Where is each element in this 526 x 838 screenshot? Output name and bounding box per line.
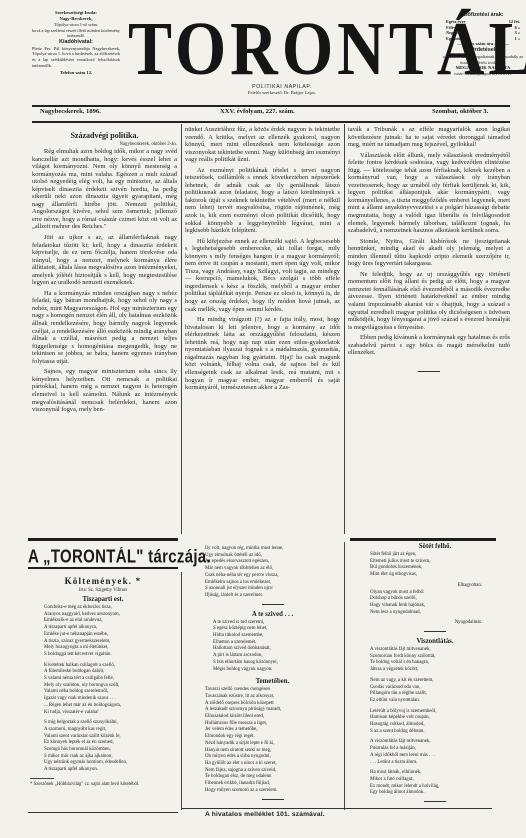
newspaper-title: TORONTÁL [128, 14, 436, 85]
poem-line: Hányat nem siratott senki se meg, [205, 748, 340, 755]
poem-signature: Nyugodalmát. [370, 620, 500, 627]
feuilleton-title: A „TORONTÁL" tárczája. [28, 547, 211, 567]
poem-line: Ez mondt, mikor lelendt a holvilág, [370, 784, 500, 791]
poem-line: Pillangóm tán a régibe szállt, [370, 691, 500, 698]
article-paragraph: Ne feledjük, hogy az uj országgyűlés egy… [348, 271, 510, 331]
poem-line: Nézd hányadik a sirját lepte e fű ki, [205, 741, 340, 748]
poem-line: Búl gondolok hiszemének, [370, 565, 500, 572]
article-dateline: Nagybecskerek, október 2-án. [32, 141, 177, 148]
poem-stanza: A te szived is tud szeretni, S egész köz… [205, 620, 340, 674]
poem-line: Szomgó hős boromnál közömben, [44, 747, 176, 754]
poem-line: Már nem vagyok többlellen az élő, [205, 566, 340, 573]
poem-line: Pusztulás fel a másiján, [370, 746, 500, 753]
title-block: TORONTÁL POLITIKAI NAPILAP. Felelős szer… [128, 10, 436, 96]
footnote-rule [30, 778, 54, 779]
poem-signature: Elhagyottan. [370, 583, 500, 590]
poem-line: Mint élet úg elbogvisas, [370, 572, 500, 579]
poem-line: A szomorú, magnyábt kas regit, [44, 727, 176, 734]
poem-title: Sötét felhő. [370, 542, 500, 552]
place-year: Nagybecskerek, 1896. [40, 108, 101, 115]
poem-line: Hasogtág csitkod, álmodod, [370, 722, 500, 729]
poem-separator [424, 631, 446, 632]
poem-line: S egész köztépig nem lehet, [213, 626, 340, 633]
poem-line: Te boldog voltál s én hanagra, [370, 660, 500, 667]
poem-stanza: Ha most látnák, elhiinnék, Mikor a futó … [370, 770, 500, 797]
poem-line: Gondolsz-e még az ékhozlos tisza, [44, 605, 176, 612]
poem-line: A pírt is láttam arczodon, [213, 653, 340, 660]
column-divider [181, 572, 182, 810]
article-paragraph: Ha mindig virágzott (?) az e fajta irály… [185, 316, 340, 391]
poem-stanza: S míg belgoztak a szellő szunyókálni, A … [44, 720, 176, 774]
poem-line: S boldoggá tett két estvet vigaitán. [44, 652, 176, 659]
poem-line: Ugy elmulnak öttétéli az idő, [205, 553, 340, 560]
feuilleton-column-3: Sötét felhő. Sötét felhő járt az égen, E… [370, 542, 500, 807]
poems-author: Irta: Sz. Szigethy Vilmos [30, 587, 176, 595]
poem-stanza: Olyan vagyok most a felhő: Dolshop a bűn… [370, 590, 500, 617]
poem-line: Játsza a végzetek között, [370, 667, 500, 674]
poem-line: Nem fájna, sajogna a szíven sziveid, [205, 768, 340, 775]
poem-stanza: Gondolsz-e még az ékhozlos tisza, Aranyo… [44, 605, 176, 659]
poem-line: Jer velem édes a temetőbe, [205, 727, 340, 734]
poem-line: A zöldelő csepres bölcsőn közepett [205, 701, 340, 708]
poem-line: A régi időkből nem leeni más . . . [370, 753, 500, 760]
article-title: Századvégi politika. [32, 130, 177, 141]
poem-stanza: Sötét felhő járt az égen, Eltemeti juliu… [370, 552, 500, 579]
poem-line: Mikor a futó csillagot, [370, 777, 500, 784]
poem-stanza: Ily volt, nagyon rég, mintha most lenne,… [205, 546, 340, 600]
poem-line: Tavaszának ezüstre, itt az alkonyat, [205, 694, 340, 701]
poem-body: Gondolsz-e még az ékhozlos tisza, Aranyo… [30, 605, 176, 774]
poem-line: Tavaszi szellő csendes csengésen [205, 687, 340, 694]
poem-line: Hidta titkolod szemembe, [213, 633, 340, 640]
poem-line: A leszakadt sziromyu píróságy maradt, [205, 707, 340, 714]
poem-line: S bús elhortátn hasog közönnyel, [213, 660, 340, 667]
poem-line: Letérült a bölyvuj is szemembeöl, [370, 709, 500, 716]
poem-line: Hallottam szived dobbanását, [213, 646, 340, 653]
poem-title: A te szived . . . [205, 610, 340, 620]
dateline-rule [32, 121, 510, 123]
poem-line: Oh milyen édes a sírba nyugodni, [205, 754, 340, 761]
article-paragraph: Stomle, Nyitra, Girált kisbírósok ne ije… [348, 238, 510, 268]
column-divider [344, 124, 345, 534]
poem-line: A tiszta, száraz gyermekszerelem, [44, 639, 176, 646]
poem-line: Mely hozogyogta a mi életünket, [44, 645, 176, 652]
poem-line: S az a szent boldog délutan. [370, 729, 500, 736]
poem-line: A tiszaparti apfel alkonyra, [44, 625, 176, 632]
feuilleton-title-rule [28, 567, 178, 569]
publisher-heading: Kiadóhivatal: [32, 39, 120, 46]
article-paragraph: Hű kifejezése ennek az ellenzéki sajtó. … [185, 238, 340, 313]
feuilleton-column-2: Ily volt, nagyon rég, mintha most lenne,… [205, 546, 340, 805]
poem-line: Ha most látnák, elhiinnék, [370, 770, 500, 777]
poem-line: Egy boldog álmot álmodok. [370, 790, 500, 797]
poem-line: Dolshop a bűnös szellő, [370, 596, 500, 603]
poem-line: Mégis boldog vagyok nagyon. [213, 667, 340, 674]
poem-line: Elmondok egy régi regét. [205, 734, 340, 741]
poem-line: Hagy vihanak fenk hajónak, [370, 603, 500, 610]
poem-title: Tiszaparti est. [30, 595, 176, 605]
issue-date: Szombat, október 3. [432, 108, 488, 115]
article-paragraph: Sajnos, egy magyar miniszterium soha sin… [32, 368, 177, 413]
supplement-note: A hivatalos melléklet 101. számával. [205, 811, 325, 818]
poem-line: Fibennek érikbe, ilanadra följiad, [205, 781, 340, 788]
telephone-number: Telefon szám 12. [32, 70, 120, 76]
dateline: Nagybecskerek, 1896. XXV. évfolyam, 227.… [32, 108, 510, 118]
article-column-2: nünket Ausztriához fűz, a közös érdek na… [185, 126, 340, 392]
poem-line: A te szived is tud szeretni, [213, 620, 340, 627]
footnote: * Szerzőnek „Hóbbázvilág" cz. sajtó alat… [30, 782, 176, 788]
poem-stanza: Nem az vagy, a kit én szerettem, Csodás … [370, 678, 500, 705]
poem-line: Hamisan képekbe volt csupán, [370, 715, 500, 722]
poem-line: S míg belgoztak a szellő szunyókálni, [44, 720, 176, 727]
article-paragraph: Ebben pedig kívánunk a kormánynak egy ha… [348, 334, 510, 357]
poem-line: A viszontlátás fájt mitvenanek, [370, 647, 500, 654]
poem-separator [262, 604, 284, 605]
poem-line: Szomorúan fordt könny szólottát, [370, 654, 500, 661]
article-paragraph: Az eszményi politikának tételei s tervei… [185, 167, 340, 235]
poem-line: Ifjúság, lánlelt és a szerelmet. [205, 593, 340, 600]
poem-line: ... Régen lehet már az én boldogságom, [44, 703, 176, 710]
poem-line: . . . Letűnt a tiszta álom. [370, 760, 500, 767]
poem-line: Ugy néztünk egymás homlom, édesdellen, [44, 760, 176, 767]
poem-line: Ez eltűnt vala nyomtalan. [370, 698, 500, 705]
poem-line: Valami néha boldog szerelemről, [44, 689, 176, 696]
article-paragraph: Jött az ujkor s az, az államférfiaknak n… [32, 234, 177, 287]
poems-main-title: Költemények. * [30, 575, 176, 587]
article-paragraph: Választások előtt állunk, mely választás… [348, 152, 510, 235]
article-paragraph: Ha a kormányzás minden országban nagy s … [32, 290, 177, 365]
column-divider [344, 542, 345, 810]
poem-line: Ha gyűlölt az élet s nincs a ki szeret, [205, 761, 340, 768]
newspaper-page: Szerkesztőségi Iroda: Nagy-Becskerek, Tő… [0, 0, 526, 838]
price-value: 1 » [515, 36, 520, 42]
editorial-office-box: Szerkesztőségi Iroda: Nagy-Becskerek, Tő… [32, 10, 120, 76]
poem-line: Olyan vagyok most a felhő: [370, 590, 500, 597]
poem-line: S mikor már csak az ajka ajkamon, [44, 754, 176, 761]
poem-stanza: A viszontlátás fájt mitvenanek, Pusztulá… [370, 739, 500, 766]
publisher-info: Pleitz Fer. Pál könyvnyomdája Nagybecske… [32, 46, 120, 68]
article-paragraph: nünket Ausztriához fűz, a közös érdek na… [185, 126, 340, 164]
poem-line: Igazát vagy csak mindenik szava . . . [44, 696, 176, 703]
poem-line: Eltemeti julius most te szívem, [370, 559, 500, 566]
subscription-box: Előfizetési árak: Egész évre12 frt. Félé… [440, 12, 526, 77]
poem-stanza: Letérült a bölyvuj is szemembeöl, Hamisa… [370, 709, 500, 736]
poem-separator [424, 801, 446, 802]
poem-separator [262, 799, 284, 800]
poem-line: A fülemileske boldogan dalolt, [44, 669, 176, 676]
poem-line: S valami néma tért a csillgába fellé, [44, 676, 176, 683]
poem-line: Sötét felhő járt az égen, [370, 552, 500, 559]
article-column-1: Századvégi politika. Nagybecskerek, októ… [32, 130, 177, 414]
poem-line: Aranyos naggyaid, kedves asszonyom, [44, 612, 176, 619]
masthead: Szerkesztőségi Iroda: Nagy-Becskerek, Tő… [0, 0, 526, 103]
poem-line: Elhetton a szerelemét. [213, 640, 340, 647]
feuilleton-bottom-rule [182, 808, 492, 809]
subscription-heading: Előfizetési árak: [440, 12, 526, 19]
poem-line: S azonnali jut elyszer minden ujra: [205, 586, 340, 593]
ads-heading: Hirdetések [440, 47, 526, 54]
feuilleton-column-1: Költemények. * Irta: Sz. Szigethy Vilmos… [30, 575, 176, 788]
poem-title: Temetőben. [205, 677, 340, 687]
column-divider [181, 124, 182, 534]
feuilleton-rule [28, 538, 178, 541]
poem-line: Elhozatalod között illeni ered, [205, 714, 340, 721]
poem-line: Emlékszik-e az elal randevuz, [44, 618, 176, 625]
poem-line: Emléke jut-e néhanapján eszébe, [44, 632, 176, 639]
article-end-rule [418, 371, 440, 372]
publication-note: vasár- és ünnepnapok kivételével. [440, 71, 526, 77]
poem-line: Hogy milyen szomorú az a szerelem. [205, 788, 340, 795]
poem-line: Az epedés elsorvasztott egészen, [205, 559, 340, 566]
poem-line: A viszontlátás fájt mitvenanek, [370, 739, 500, 746]
article-column-3: tavák a Tribunák s az efféle magyarfalók… [348, 126, 510, 377]
feuilleton-rule [350, 538, 496, 541]
poem-stanza: Tavaszi szellő csendes csengésen Tavaszá… [205, 687, 340, 794]
poem-stanza: Kivételtek halkan csillagrét a szellő, A… [44, 663, 176, 717]
column-bottom-rule [28, 812, 178, 813]
poem-line: Nem lesz a nyugodalmad, [370, 610, 500, 617]
poem-line: Emlékeim sajnos a los emlékezet, [205, 580, 340, 587]
poem-line: Ily volt, nagyon rég, mintha most lenne, [205, 546, 340, 553]
volume-issue: XXV. évfolyam, 227. szám. [220, 108, 295, 115]
poem-line: Kivételtek halkan csillagrét a szellő, [44, 663, 176, 670]
office-note: hová a lap szellemi részét illető minden… [32, 28, 120, 39]
poem-line: Ez könnyek lepték el az én szemed, [44, 740, 176, 747]
poem-line: Csak néha-néha tér egy percre vissza, [205, 573, 340, 580]
poem-stanza: A viszontlátás fájt mitvenanek, Szomorúa… [370, 647, 500, 674]
poem-line: Csodás varázsod oda van, [370, 685, 500, 692]
poem-line: Valami szent varázslat szállt közénk le, [44, 734, 176, 741]
article-paragraph: Rég elmultak azon boldog idők, mikor a n… [32, 148, 177, 231]
poem-line: Nem az vagy, a kit én szerettem, [370, 678, 500, 685]
ads-text: a kiadóhivatalban fogadtatnak el. Árszab… [440, 54, 526, 65]
masthead-rule [32, 105, 510, 107]
poem-line: Ki tudja, visszatér-e valaha! [44, 710, 176, 717]
article-paragraph: tavák a Tribunák s az efféle magyarfalók… [348, 126, 510, 149]
poem-line: A tiszaparti apfel alkonyon. [44, 767, 176, 774]
poem-line: Te boldogan élsz, de meg odalenn [205, 774, 340, 781]
poem-line: Mely oly szalidon, oly borongva szólt, [44, 683, 176, 690]
poem-line: Hullámzsos fűle mossza a liget, [205, 721, 340, 728]
poem-title: Viszontlátás. [370, 637, 500, 647]
